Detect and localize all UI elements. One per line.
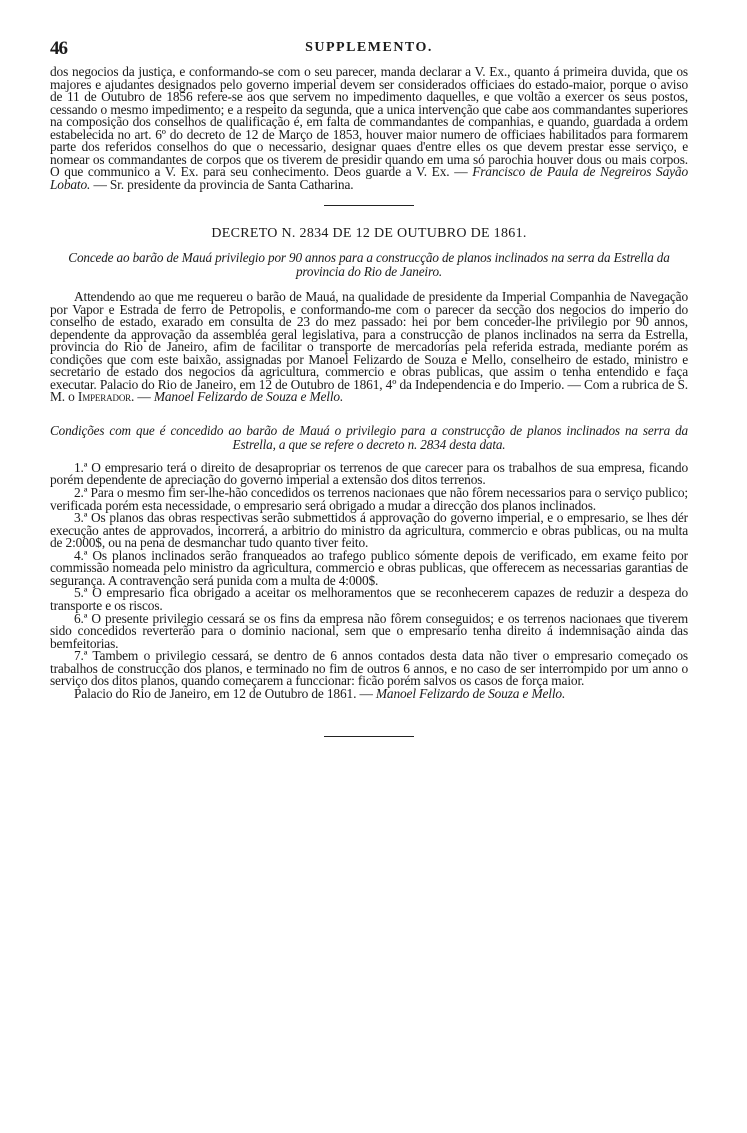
condition-item: 1.ª O empresario terá o direito de desap…	[50, 462, 688, 487]
end-divider	[324, 736, 414, 737]
decree-summary: Concede ao barão de Mauá privilegio por …	[50, 251, 688, 279]
continued-paragraph: dos negocios da justiça, e conformando-s…	[50, 66, 688, 191]
running-head: SUPPLEMENTO.	[50, 40, 688, 56]
condition-item: 4.ª Os planos inclinados serão franquead…	[50, 550, 688, 588]
continued-closing: — Sr. presidente da provincia de Santa C…	[90, 177, 353, 192]
condition-item: 7.ª Tambem o privilegio cessará, se dent…	[50, 650, 688, 688]
condition-item: 3.ª Os planos das obras respectivas serã…	[50, 512, 688, 550]
decree-dash: . —	[131, 389, 154, 404]
conditions-closing: Palacio do Rio de Janeiro, em 12 de Outu…	[50, 688, 688, 701]
decree-body: Attendendo ao que me requereu o barão de…	[50, 291, 688, 404]
condition-item: 6.ª O presente privilegio cessará se os …	[50, 613, 688, 651]
conditions-title: Condições com que é concedido ao barão d…	[50, 424, 688, 452]
condition-item: 2.ª Para o mesmo fim ser-lhe-hão concedi…	[50, 487, 688, 512]
section-divider	[324, 205, 414, 206]
document-page: 46 SUPPLEMENTO. dos negocios da justiça,…	[50, 38, 688, 737]
conditions-list: 1.ª O empresario terá o direito de desap…	[50, 462, 688, 688]
page-header: 46 SUPPLEMENTO.	[50, 38, 688, 58]
decree-body-text: Attendendo ao que me requereu o barão de…	[50, 289, 688, 404]
conditions-closing-text: Palacio do Rio de Janeiro, em 12 de Outu…	[74, 686, 376, 701]
continued-body: dos negocios da justiça, e conformando-s…	[50, 64, 688, 179]
condition-item: 5.ª O empresario fica obrigado a aceitar…	[50, 587, 688, 612]
decree-signature: Manoel Felizardo de Souza e Mello.	[154, 389, 343, 404]
decree-emperor: Imperador	[78, 389, 131, 404]
conditions-signature: Manoel Felizardo de Souza e Mello.	[376, 686, 565, 701]
decree-title: DECRETO N. 2834 DE 12 DE OUTUBRO DE 1861…	[50, 228, 688, 241]
